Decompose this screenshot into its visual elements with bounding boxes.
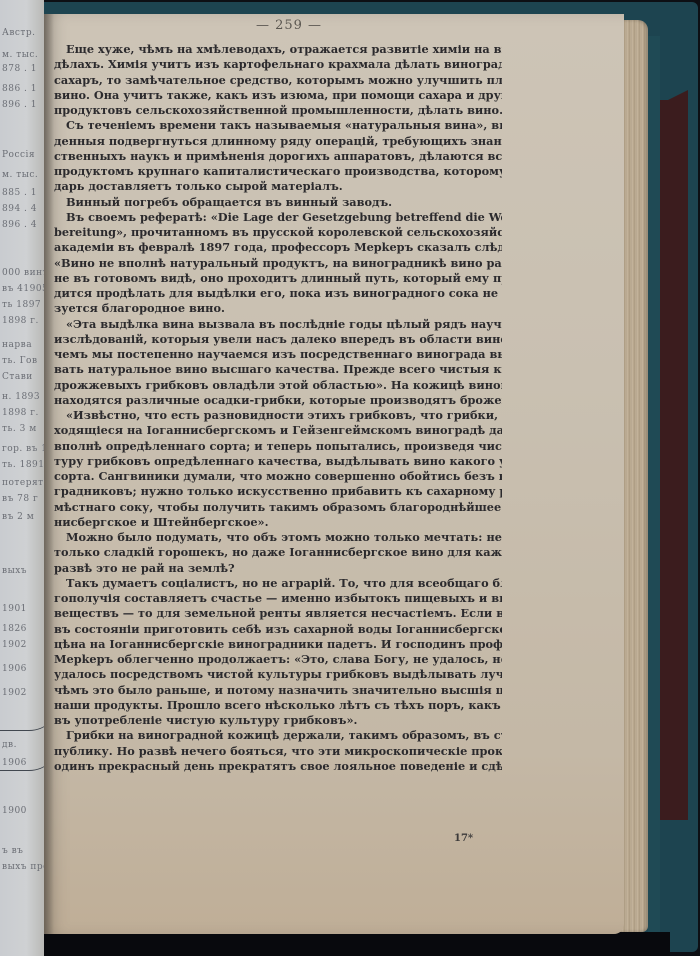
text-line: денныя подвергнуться длинному ряду опера… (54, 134, 502, 149)
text-line: одинъ прекрасный день прекратятъ свое ло… (54, 759, 502, 774)
left-page-text-fragment: 896 . 4 (2, 220, 37, 230)
text-line: дарь доставляетъ только сырой матеріалъ. (54, 179, 502, 194)
left-page-text-fragment: ъ въ (2, 846, 23, 856)
book-shadow (30, 932, 670, 956)
text-line: дѣлахъ. Химія учитъ изъ картофельнаго кр… (54, 57, 502, 72)
text-line: «Эта выдѣлка вина вызвала въ послѣдніе г… (54, 317, 502, 332)
text-line: сорта. Сангвиники думали, что можно сове… (54, 469, 502, 484)
left-page-text-fragment: 886 . 1 (2, 84, 37, 94)
text-line: чѣмъ это было раньше, и потому назначить… (54, 683, 502, 698)
left-page-text-fragment: Австр. (2, 28, 36, 38)
text-line: Съ теченіемъ времени такъ называемыя «на… (54, 118, 502, 133)
left-page-text-fragment: 896 . 1 (2, 100, 37, 110)
left-page-text-fragment: 1906 (2, 664, 27, 674)
left-page-text-fragment: выхъ (2, 566, 27, 576)
left-page-text-fragment: 878 . 1 (2, 64, 37, 74)
left-page-text-fragment: потерято (2, 478, 44, 488)
left-page-text-fragment: 1826 (2, 624, 27, 634)
text-line: въ состояніи приготовить себѣ изъ сахарн… (54, 622, 502, 637)
left-page-text-fragment: 1898 г. (2, 316, 39, 326)
text-line: bereitung», прочитанномъ въ прусской кор… (54, 225, 502, 240)
text-line: «Вино не вполнѣ натуральный продуктъ, на… (54, 256, 502, 271)
text-line: продуктовъ сельскохозяйственной промышле… (54, 103, 502, 118)
text-line: Еще хуже, чѣмъ на хмѣлеводахъ, отражаетс… (54, 42, 502, 57)
left-page-text-fragment: Стави (2, 372, 33, 382)
left-page-text-fragment: ть 1897 г (2, 300, 44, 310)
text-line: чемъ мы постепенно научаемся изъ посредс… (54, 347, 502, 362)
left-page-text-fragment: въ 78 г (2, 494, 38, 504)
text-line: цѣна на Іоганнисбергскіе виноградники па… (54, 637, 502, 652)
page-number-header: — 259 — (44, 18, 534, 33)
text-line: дрожжевыхъ грибковъ овладѣли этой област… (54, 378, 502, 393)
text-line: сахаръ, то замѣчательное средство, котор… (54, 73, 502, 88)
text-line: зуется благородное вино. (54, 301, 502, 316)
left-page-text-fragment: въ 2 м (2, 512, 34, 522)
text-line: Въ своемъ рефератѣ: «Die Lage der Gesetz… (54, 210, 502, 225)
text-line: публику. Но развѣ нечего бояться, что эт… (54, 744, 502, 759)
text-line: Грибки на виноградной кожицѣ держали, та… (54, 728, 502, 743)
text-line: гополучія составляетъ счастье — именно и… (54, 591, 502, 606)
text-line: Мерkеръ облегченно продолжаетъ: «Это, сл… (54, 652, 502, 667)
book-page: — 259 — Еще хуже, чѣмъ на хмѣлеводахъ, о… (44, 14, 624, 934)
left-page-text-fragment: 1898 г. (2, 408, 39, 418)
left-page-text-fragment: 1902 (2, 688, 27, 698)
left-page-text-fragment: въ 41905 г (2, 284, 44, 294)
text-line: находятся различные осадки-грибки, котор… (54, 393, 502, 408)
body-text: Еще хуже, чѣмъ на хмѣлеводахъ, отражаетс… (54, 42, 502, 774)
text-line: Винный погребъ обращается въ винный заво… (54, 195, 502, 210)
left-page-text-fragment: м. тыс. (2, 170, 38, 180)
left-page-text-fragment: Россія (2, 150, 35, 160)
left-page-text-fragment: 1902 (2, 640, 27, 650)
text-line: Можно было подумать, что объ этомъ можно… (54, 530, 502, 545)
cover-spine-maroon (660, 100, 688, 820)
left-page-text-fragment: ть. 1891 (2, 460, 44, 470)
text-line: мѣстнаго соку, чтобы получить такимъ обр… (54, 500, 502, 515)
text-line: продуктомъ крупнаго капиталистическаго п… (54, 164, 502, 179)
left-page-text-fragment: выхъ прод. (2, 862, 44, 872)
text-line: нисбергское и Штейнбергское». (54, 515, 502, 530)
text-line: веществъ — то для земельной ренты являет… (54, 606, 502, 621)
left-page-text-fragment: н. 1893 (2, 392, 40, 402)
left-page-text-fragment: 1900 (2, 806, 27, 816)
text-line: удалось посредствомъ чистой культуры гри… (54, 667, 502, 682)
gutter-shadow (44, 14, 54, 934)
left-page-text-fragment: м. тыс. (2, 50, 38, 60)
left-page-text-fragment: дв. (2, 740, 17, 750)
left-page-text-fragment: гор. въ 1 (2, 444, 44, 454)
text-line: развѣ это не рай на землѣ? (54, 561, 502, 576)
cover-board-edge (648, 36, 660, 936)
text-line: ходящіеся на Іоганнисбергскомъ и Гейзенг… (54, 423, 502, 438)
text-line: дится продѣлать для выдѣлки его, пока из… (54, 286, 502, 301)
left-page-text-fragment: ть. Гов (2, 356, 38, 366)
left-page-text-fragment: 1906 (2, 758, 27, 768)
text-line: «Извѣстно, что есть разновидности этихъ … (54, 408, 502, 423)
text-line: изслѣдованій, которыя увели насъ далеко … (54, 332, 502, 347)
text-line: не въ готовомъ видѣ, оно проходитъ длинн… (54, 271, 502, 286)
text-line: только сладкій горошекъ, но даже Іоганни… (54, 545, 502, 560)
text-line: академіи въ февралѣ 1897 года, профессор… (54, 240, 502, 255)
left-page-fragment: Австр.м. тыс.878 . 1886 . 1896 . 1Россія… (0, 0, 44, 956)
left-page-text-fragment: ть. 3 м (2, 424, 37, 434)
signature-mark: 17* (454, 833, 473, 844)
text-line: ственныхъ наукъ и примѣненія дорогихъ ап… (54, 149, 502, 164)
left-page-text-fragment: 000 винъ (2, 268, 44, 278)
left-page-text-fragment: 885 . 1 (2, 188, 37, 198)
text-line: наши продукты. Прошло всего нѣсколько лѣ… (54, 698, 502, 713)
text-line: Такъ думаетъ соціалистъ, но не аграрій. … (54, 576, 502, 591)
text-line: градниковъ; нужно только искусственно пр… (54, 484, 502, 499)
text-line: туру грибковъ опредѣленнаго качества, вы… (54, 454, 502, 469)
text-line: вать натуральное вино высшаго качества. … (54, 362, 502, 377)
text-line: въ употребленіе чистую культуру грибковъ… (54, 713, 502, 728)
left-page-text-fragment: нарва (2, 340, 32, 350)
text-line: вино. Она учитъ также, какъ изъ изюма, п… (54, 88, 502, 103)
text-line: вполнѣ опредѣленнаго сорта; и теперь поп… (54, 439, 502, 454)
left-page-text-fragment: 894 . 4 (2, 204, 37, 214)
table-rule (0, 700, 44, 731)
left-page-text-fragment: 1901 (2, 604, 27, 614)
